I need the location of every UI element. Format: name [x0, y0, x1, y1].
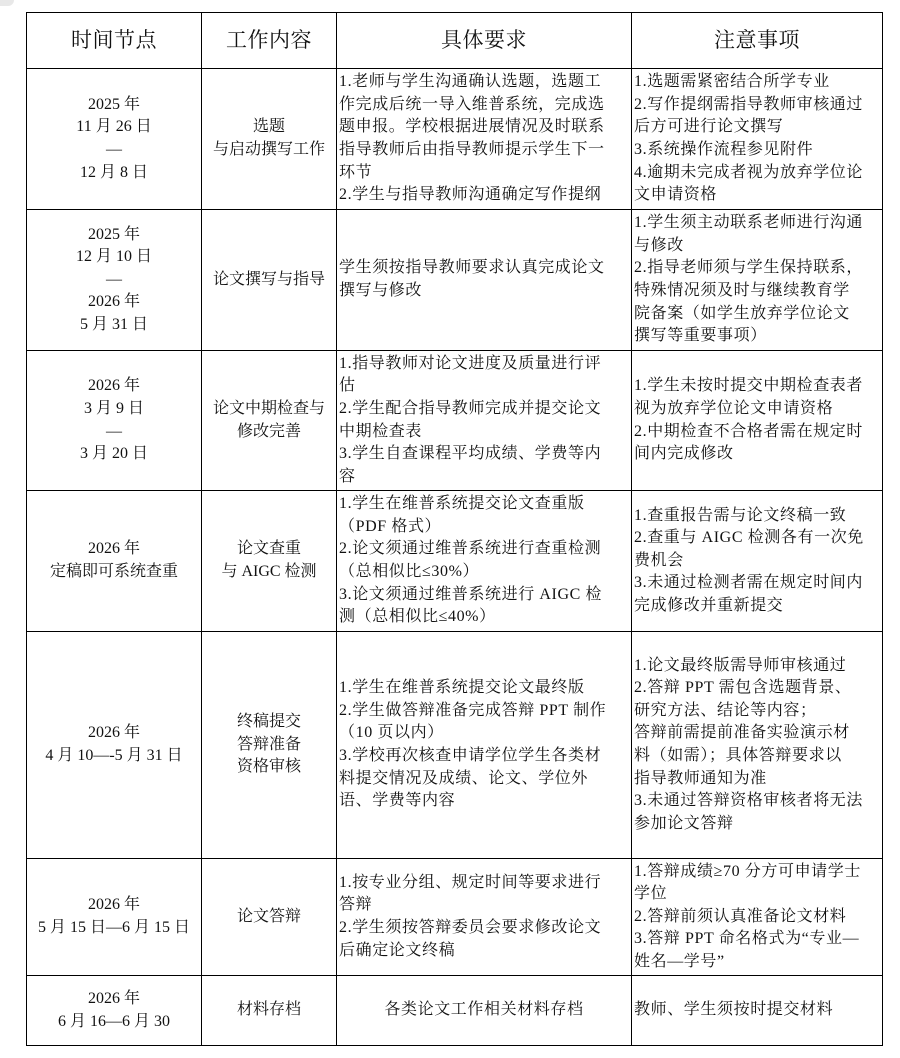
time-line: 3 月 9 日: [29, 398, 199, 421]
task-cell: 材料存档: [202, 976, 337, 1046]
table-row: 2025 年 12 月 10 日 — 2026 年 5 月 31 日 论文撰写与…: [27, 210, 883, 351]
requirement-line: 2.学生配合指导教师完成并提交论文: [339, 398, 629, 421]
note-line: 后方可进行论文撰写: [634, 116, 880, 139]
header-time-node: 时间节点: [27, 13, 202, 69]
notes-cell: 教师、学生须按时提交材料: [632, 976, 883, 1046]
note-line: 2.答辩 PPT 需包含选题背景、: [634, 677, 880, 700]
note-line: 间内完成修改: [634, 443, 880, 466]
task-line: 论文查重: [204, 538, 334, 561]
requirements-cell: 1.学生在维普系统提交论文最终版 2.学生做答辩准备完成答辩 PPT 制作 （1…: [337, 632, 632, 859]
time-line: 2026 年: [29, 375, 199, 398]
time-line: 2026 年: [29, 538, 199, 561]
notes-cell: 1.查重报告需与论文终稿一致 2.查重与 AIGC 检测各有一次免 费机会 3.…: [632, 491, 883, 632]
table-row: 2025 年 11 月 26 日 — 12 月 8 日 选题 与启动撰写工作 1…: [27, 69, 883, 210]
task-line: 与启动撰写工作: [204, 139, 334, 162]
requirement-line: 1.学生在维普系统提交论文最终版: [339, 677, 629, 700]
requirement-line: 语、学费等内容: [339, 790, 629, 813]
time-dash: —: [29, 421, 199, 444]
time-line: 2025 年: [29, 94, 199, 117]
requirement-line: 学生须按指导教师要求认真完成论文: [339, 257, 629, 280]
note-line: 答辩前需提前准备实验演示材: [634, 722, 880, 745]
note-line: 指导教师通知为准: [634, 768, 880, 791]
requirements-cell: 学生须按指导教师要求认真完成论文 撰写与修改: [337, 210, 632, 351]
requirement-line: （PDF 格式）: [339, 516, 629, 539]
requirement-line: 指导教师后由指导教师提示学生下一: [339, 139, 629, 162]
requirement-line: 1.指导教师对论文进度及质量进行评: [339, 353, 629, 376]
task-cell: 论文撰写与指导: [202, 210, 337, 351]
time-line: 2025 年: [29, 224, 199, 247]
table-row: 2026 年 5 月 15 日—6 月 15 日 论文答辩 1.按专业分组、规定…: [27, 859, 883, 976]
note-line: 学位: [634, 883, 880, 906]
requirement-line: （10 页以内）: [339, 722, 629, 745]
requirement-line: 各类论文工作相关材料存档: [339, 999, 629, 1022]
task-cell: 终稿提交 答辩准备 资格审核: [202, 632, 337, 859]
note-line: 文申请资格: [634, 184, 880, 207]
note-line: 研究方法、结论等内容；: [634, 700, 880, 723]
note-line: 3.答辩 PPT 命名格式为“专业—: [634, 928, 880, 951]
requirements-cell: 1.按专业分组、规定时间等要求进行 答辩 2.学生须按答辩委员会要求修改论文 后…: [337, 859, 632, 976]
task-cell: 论文查重 与 AIGC 检测: [202, 491, 337, 632]
table-row: 2026 年 4 月 10—-5 月 31 日 终稿提交 答辩准备 资格审核 1…: [27, 632, 883, 859]
note-line: 1.答辩成绩≥70 分方可申请学士: [634, 861, 880, 884]
header-work-content: 工作内容: [202, 13, 337, 69]
thesis-schedule-table: 时间节点 工作内容 具体要求 注意事项 2025 年 11 月 26 日 — 1…: [26, 12, 883, 1046]
time-cell: 2026 年 4 月 10—-5 月 31 日: [27, 632, 202, 859]
requirement-line: 2.学生与指导教师沟通确定写作提纲: [339, 184, 629, 207]
note-line: 与修改: [634, 235, 880, 258]
time-line: 2026 年: [29, 894, 199, 917]
note-line: 料（如需）；具体答辩要求以: [634, 745, 880, 768]
notes-cell: 1.学生未按时提交中期检查表者 视为放弃学位论文申请资格 2.中期检查不合格者需…: [632, 351, 883, 491]
window-corner-decoration: [0, 0, 14, 6]
requirement-line: 1.学生在维普系统提交论文查重版: [339, 493, 629, 516]
requirements-cell: 1.学生在维普系统提交论文查重版 （PDF 格式） 2.论文须通过维普系统进行查…: [337, 491, 632, 632]
header-row: 时间节点 工作内容 具体要求 注意事项: [27, 13, 883, 69]
table-row: 2026 年 定稿即可系统查重 论文查重 与 AIGC 检测 1.学生在维普系统…: [27, 491, 883, 632]
note-line: 2.查重与 AIGC 检测各有一次免: [634, 527, 880, 550]
table-row: 2026 年 3 月 9 日 — 3 月 20 日 论文中期检查与 修改完善 1…: [27, 351, 883, 491]
task-line: 论文撰写与指导: [204, 269, 334, 292]
time-line: 2026 年: [29, 291, 199, 314]
task-cell: 论文中期检查与 修改完善: [202, 351, 337, 491]
time-line: 2026 年: [29, 722, 199, 745]
task-line: 论文答辩: [204, 906, 334, 929]
requirement-line: 撰写与修改: [339, 280, 629, 303]
notes-cell: 1.选题需紧密结合所学专业 2.写作提纲需指导教师审核通过 后方可进行论文撰写 …: [632, 69, 883, 210]
requirement-line: 3.学生自查课程平均成绩、学费等内: [339, 443, 629, 466]
note-line: 3.未通过检测者需在规定时间内: [634, 572, 880, 595]
time-cell: 2026 年 定稿即可系统查重: [27, 491, 202, 632]
note-line: 教师、学生须按时提交材料: [634, 999, 880, 1022]
time-cell: 2026 年 6 月 16—6 月 30: [27, 976, 202, 1046]
time-line: 3 月 20 日: [29, 443, 199, 466]
note-line: 特殊情况须及时与继续教育学: [634, 280, 880, 303]
task-line: 终稿提交: [204, 711, 334, 734]
requirement-line: 3.学校再次核查申请学位学生各类材: [339, 745, 629, 768]
time-line: 5 月 31 日: [29, 314, 199, 337]
requirement-line: 料提交情况及成绩、论文、学位外: [339, 768, 629, 791]
requirement-line: （总相似比≤30%）: [339, 561, 629, 584]
note-line: 2.写作提纲需指导教师审核通过: [634, 94, 880, 117]
task-cell: 论文答辩: [202, 859, 337, 976]
task-line: 资格审核: [204, 756, 334, 779]
time-line: 5 月 15 日—6 月 15 日: [29, 917, 199, 940]
time-line: 6 月 16—6 月 30: [29, 1011, 199, 1034]
note-line: 4.逾期未完成者视为放弃学位论: [634, 162, 880, 185]
note-line: 1.学生未按时提交中期检查表者: [634, 375, 880, 398]
requirement-line: 1.按专业分组、规定时间等要求进行: [339, 872, 629, 895]
requirement-line: 容: [339, 466, 629, 489]
time-line: 4 月 10—-5 月 31 日: [29, 745, 199, 768]
note-line: 2.中期检查不合格者需在规定时: [634, 421, 880, 444]
requirements-cell: 1.老师与学生沟通确认选题，选题工 作完成后统一导入维普系统，完成选 题申报。学…: [337, 69, 632, 210]
requirements-cell: 1.指导教师对论文进度及质量进行评 估 2.学生配合指导教师完成并提交论文 中期…: [337, 351, 632, 491]
note-line: 1.论文最终版需导师审核通过: [634, 655, 880, 678]
time-dash: —: [29, 269, 199, 292]
header-notes: 注意事项: [632, 13, 883, 69]
task-line: 材料存档: [204, 999, 334, 1022]
time-cell: 2025 年 12 月 10 日 — 2026 年 5 月 31 日: [27, 210, 202, 351]
requirement-line: 3.论文须通过维普系统进行 AIGC 检: [339, 584, 629, 607]
requirement-line: 测（总相似比≤40%）: [339, 606, 629, 629]
requirements-cell: 各类论文工作相关材料存档: [337, 976, 632, 1046]
task-line: 选题: [204, 116, 334, 139]
notes-cell: 1.答辩成绩≥70 分方可申请学士 学位 2.答辩前须认真准备论文材料 3.答辩…: [632, 859, 883, 976]
task-line: 与 AIGC 检测: [204, 561, 334, 584]
note-line: 3.未通过答辩资格审核者将无法: [634, 790, 880, 813]
requirement-line: 题申报。学校根据进展情况及时联系: [339, 116, 629, 139]
requirement-line: 2.学生做答辩准备完成答辩 PPT 制作: [339, 700, 629, 723]
requirement-line: 2.学生须按答辩委员会要求修改论文: [339, 917, 629, 940]
time-dash: —: [29, 139, 199, 162]
requirement-line: 作完成后统一导入维普系统，完成选: [339, 94, 629, 117]
requirement-line: 环节: [339, 162, 629, 185]
requirement-line: 后确定论文终稿: [339, 940, 629, 963]
note-line: 撰写等重要事项）: [634, 325, 880, 348]
note-line: 2.指导老师须与学生保持联系，: [634, 257, 880, 280]
task-line: 修改完善: [204, 421, 334, 444]
time-line: 12 月 8 日: [29, 162, 199, 185]
time-line: 12 月 10 日: [29, 246, 199, 269]
task-line: 论文中期检查与: [204, 398, 334, 421]
requirement-line: 答辩: [339, 894, 629, 917]
note-line: 完成修改并重新提交: [634, 595, 880, 618]
note-line: 3.系统操作流程参见附件: [634, 139, 880, 162]
time-cell: 2026 年 3 月 9 日 — 3 月 20 日: [27, 351, 202, 491]
task-cell: 选题 与启动撰写工作: [202, 69, 337, 210]
header-requirements: 具体要求: [337, 13, 632, 69]
time-line: 定稿即可系统查重: [29, 561, 199, 584]
requirement-line: 中期检查表: [339, 421, 629, 444]
note-line: 1.选题需紧密结合所学专业: [634, 71, 880, 94]
note-line: 费机会: [634, 550, 880, 573]
time-cell: 2025 年 11 月 26 日 — 12 月 8 日: [27, 69, 202, 210]
note-line: 1.学生须主动联系老师进行沟通: [634, 212, 880, 235]
note-line: 视为放弃学位论文申请资格: [634, 398, 880, 421]
task-line: 答辩准备: [204, 734, 334, 757]
time-line: 11 月 26 日: [29, 116, 199, 139]
note-line: 姓名—学号”: [634, 951, 880, 974]
requirement-line: 2.论文须通过维普系统进行查重检测: [339, 538, 629, 561]
note-line: 1.查重报告需与论文终稿一致: [634, 505, 880, 528]
table-row: 2026 年 6 月 16—6 月 30 材料存档 各类论文工作相关材料存档 教…: [27, 976, 883, 1046]
note-line: 院备案（如学生放弃学位论文: [634, 303, 880, 326]
requirement-line: 1.老师与学生沟通确认选题，选题工: [339, 71, 629, 94]
time-cell: 2026 年 5 月 15 日—6 月 15 日: [27, 859, 202, 976]
notes-cell: 1.学生须主动联系老师进行沟通 与修改 2.指导老师须与学生保持联系， 特殊情况…: [632, 210, 883, 351]
requirement-line: 估: [339, 375, 629, 398]
time-line: 2026 年: [29, 988, 199, 1011]
notes-cell: 1.论文最终版需导师审核通过 2.答辩 PPT 需包含选题背景、 研究方法、结论…: [632, 632, 883, 859]
note-line: 2.答辩前须认真准备论文材料: [634, 906, 880, 929]
note-line: 参加论文答辩: [634, 813, 880, 836]
